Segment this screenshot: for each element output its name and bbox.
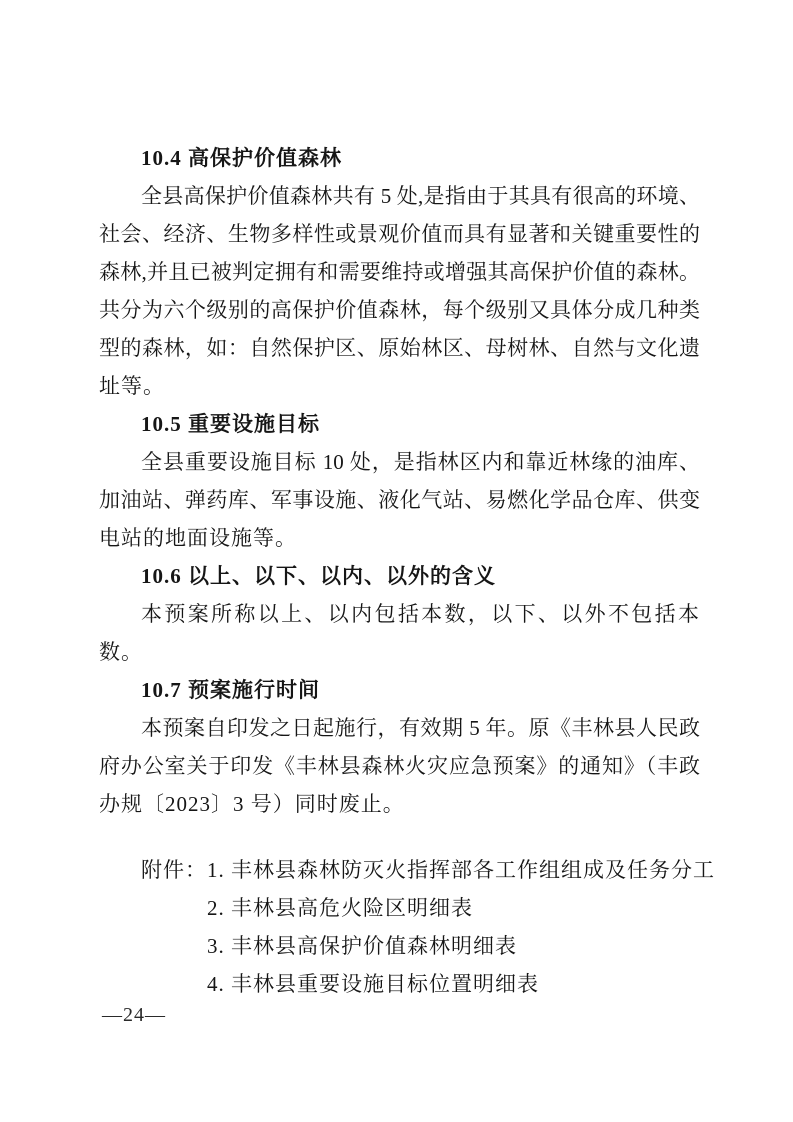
paragraph-line: 本预案自印发之日起施行，有效期 5 年。原《丰林县人民政	[99, 709, 700, 747]
attachment-item: 3. 丰林县高保护价值森林明细表	[207, 927, 715, 965]
page-number: —24—	[102, 1000, 166, 1030]
sections: 10.4 高保护价值森林全县高保护价值森林共有 5 处,是指由于其具有很高的环境…	[99, 139, 700, 823]
paragraph-line: 办规〔2023〕3 号）同时废止。	[99, 785, 700, 823]
paragraph-line: 全县高保护价值森林共有 5 处,是指由于其具有很高的环境、	[99, 177, 700, 215]
paragraph-line: 社会、经济、生物多样性或景观价值而具有显著和关键重要性的	[99, 215, 700, 253]
paragraph-line: 加油站、弹药库、军事设施、液化气站、易燃化学品仓库、供变	[99, 481, 700, 519]
document-page: 10.4 高保护价值森林全县高保护价值森林共有 5 处,是指由于其具有很高的环境…	[0, 0, 793, 1122]
paragraph-line: 森林,并且已被判定拥有和需要维持或增强其高保护价值的森林。	[99, 253, 700, 291]
attachment-item: 2. 丰林县高危火险区明细表	[207, 889, 715, 927]
section-heading: 10.7 预案施行时间	[99, 671, 700, 709]
attachment-item: 4. 丰林县重要设施目标位置明细表	[207, 965, 715, 1003]
attachments-label: 附件：	[141, 851, 207, 1003]
paragraph-line: 府办公室关于印发《丰林县森林火灾应急预案》的通知》（丰政	[99, 747, 700, 785]
attachments-block: 附件： 1. 丰林县森林防灭火指挥部各工作组组成及任务分工2. 丰林县高危火险区…	[99, 851, 700, 1003]
section-heading: 10.4 高保护价值森林	[99, 139, 700, 177]
paragraph-line: 共分为六个级别的高保护价值森林，每个级别又具体分成几种类	[99, 291, 700, 329]
attachments-list: 1. 丰林县森林防灭火指挥部各工作组组成及任务分工2. 丰林县高危火险区明细表3…	[207, 851, 715, 1003]
attachment-item: 1. 丰林县森林防灭火指挥部各工作组组成及任务分工	[207, 851, 715, 889]
section-heading: 10.6 以上、以下、以内、以外的含义	[99, 557, 700, 595]
document-body: 10.4 高保护价值森林全县高保护价值森林共有 5 处,是指由于其具有很高的环境…	[99, 139, 700, 1003]
paragraph-line: 本预案所称以上、以内包括本数，以下、以外不包括本数。	[99, 595, 700, 671]
paragraph-line: 型的森林，如：自然保护区、原始林区、母树林、自然与文化遗	[99, 329, 700, 367]
paragraph-line: 全县重要设施目标 10 处，是指林区内和靠近林缘的油库、	[99, 443, 700, 481]
section-heading: 10.5 重要设施目标	[99, 405, 700, 443]
paragraph-line: 电站的地面设施等。	[99, 519, 700, 557]
paragraph-line: 址等。	[99, 367, 700, 405]
